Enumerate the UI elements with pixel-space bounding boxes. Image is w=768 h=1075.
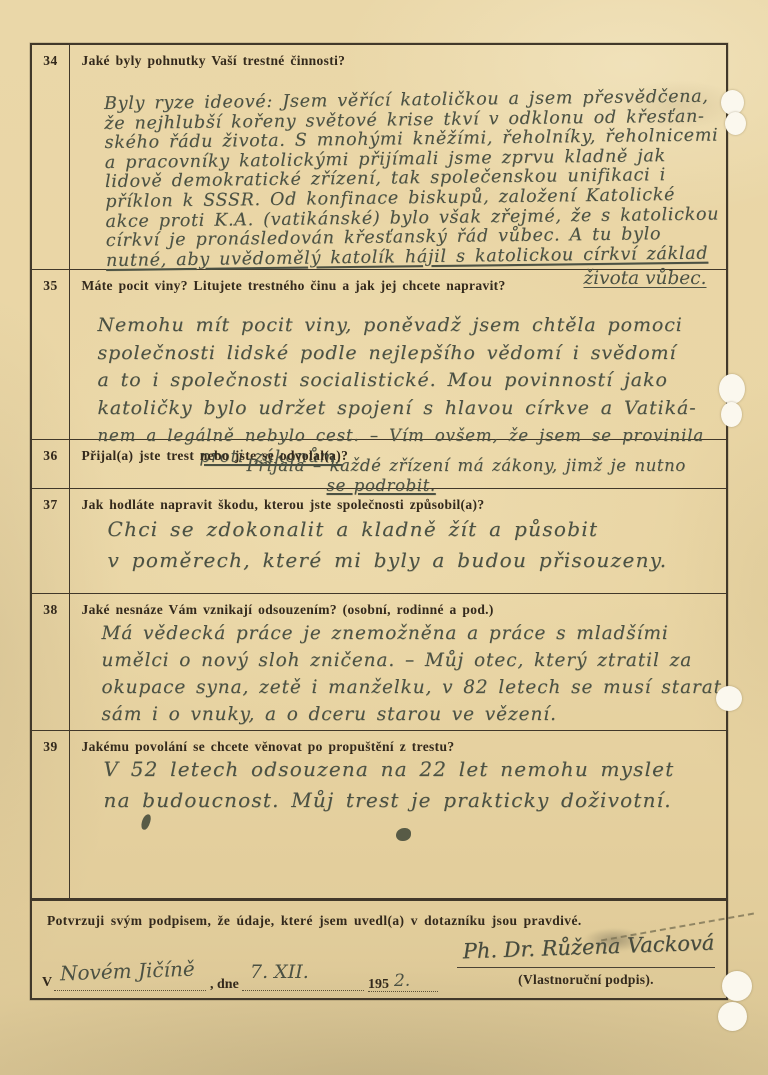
signature-line bbox=[457, 967, 715, 968]
question-number: 35 bbox=[32, 270, 70, 439]
question-number: 38 bbox=[32, 594, 70, 730]
handwritten-answer-overflow: života vůbec. bbox=[584, 268, 707, 289]
handwritten-year-digit: 2. bbox=[394, 971, 410, 991]
question-row-34: 34 Jaké byly pohnutky Vaší trestné činno… bbox=[32, 45, 726, 270]
punch-hole bbox=[718, 1002, 747, 1031]
place-fill-line bbox=[54, 990, 206, 991]
punch-hole bbox=[721, 402, 742, 427]
question-row-38: 38 Jaké nesnáze Vám vznikají odsouzením?… bbox=[32, 594, 726, 731]
handwritten-answer: Byly ryze ideové: Jsem věřící katoličkou… bbox=[104, 88, 720, 272]
punch-hole bbox=[716, 686, 742, 711]
handwritten-answer: V 52 letech odsouzena na 22 let nemohu m… bbox=[104, 754, 675, 816]
place-prefix-label: V bbox=[42, 975, 52, 991]
question-number: 34 bbox=[32, 45, 70, 269]
punch-hole bbox=[719, 374, 745, 404]
question-number: 36 bbox=[32, 440, 70, 488]
question-cell: Jaké byly pohnutky Vaší trestné činnosti… bbox=[72, 45, 727, 269]
question-text: Jaké byly pohnutky Vaší trestné činnosti… bbox=[72, 45, 727, 69]
scanned-questionnaire-page: { "colors": { "paper": "#e8d4a2", "print… bbox=[0, 0, 768, 1075]
question-row-36: 36 Přijal(a) jste trest nebo jste se odv… bbox=[32, 440, 726, 489]
question-cell: Jak hodláte napravit škodu, kterou jste … bbox=[72, 489, 727, 593]
handwritten-place: Novém Jičíně bbox=[60, 957, 195, 986]
handwritten-answer: Má vědecká práce je znemožněna a práce s… bbox=[102, 620, 723, 728]
question-cell: Máte pocit viny? Litujete trestného činu… bbox=[72, 270, 727, 439]
question-text: Jakému povolání se chcete věnovat po pro… bbox=[72, 731, 727, 755]
punch-hole bbox=[722, 971, 752, 1001]
handwritten-answer: Chci se zdokonalit a kladně žít a působi… bbox=[108, 514, 668, 576]
year-fill-line bbox=[368, 991, 438, 992]
question-cell: Jaké nesnáze Vám vznikají odsouzením? (o… bbox=[72, 594, 727, 730]
question-cell: Jakému povolání se chcete věnovat po pro… bbox=[72, 731, 727, 898]
question-text: Jak hodláte napravit škodu, kterou jste … bbox=[72, 489, 727, 513]
signature-caption: (Vlastnoruční podpis). bbox=[457, 972, 715, 988]
punch-hole bbox=[725, 112, 746, 135]
question-row-37: 37 Jak hodláte napravit škodu, kterou js… bbox=[32, 489, 726, 594]
question-row-39: 39 Jakému povolání se chcete věnovat po … bbox=[32, 731, 726, 898]
date-fill-line bbox=[242, 990, 364, 991]
handwritten-date: 7. XII. bbox=[250, 961, 309, 983]
ink-smudge bbox=[583, 928, 645, 952]
question-row-35: 35 Máte pocit viny? Litujete trestného č… bbox=[32, 270, 726, 440]
question-cell: Přijal(a) jste trest nebo jste se odvola… bbox=[72, 440, 727, 488]
question-text: Jaké nesnáze Vám vznikají odsouzením? (o… bbox=[72, 594, 727, 618]
question-number: 39 bbox=[32, 731, 70, 898]
form-table: 34 Jaké byly pohnutky Vaší trestné činno… bbox=[30, 43, 728, 1000]
date-label: , dne bbox=[210, 977, 239, 993]
question-number: 37 bbox=[32, 489, 70, 593]
